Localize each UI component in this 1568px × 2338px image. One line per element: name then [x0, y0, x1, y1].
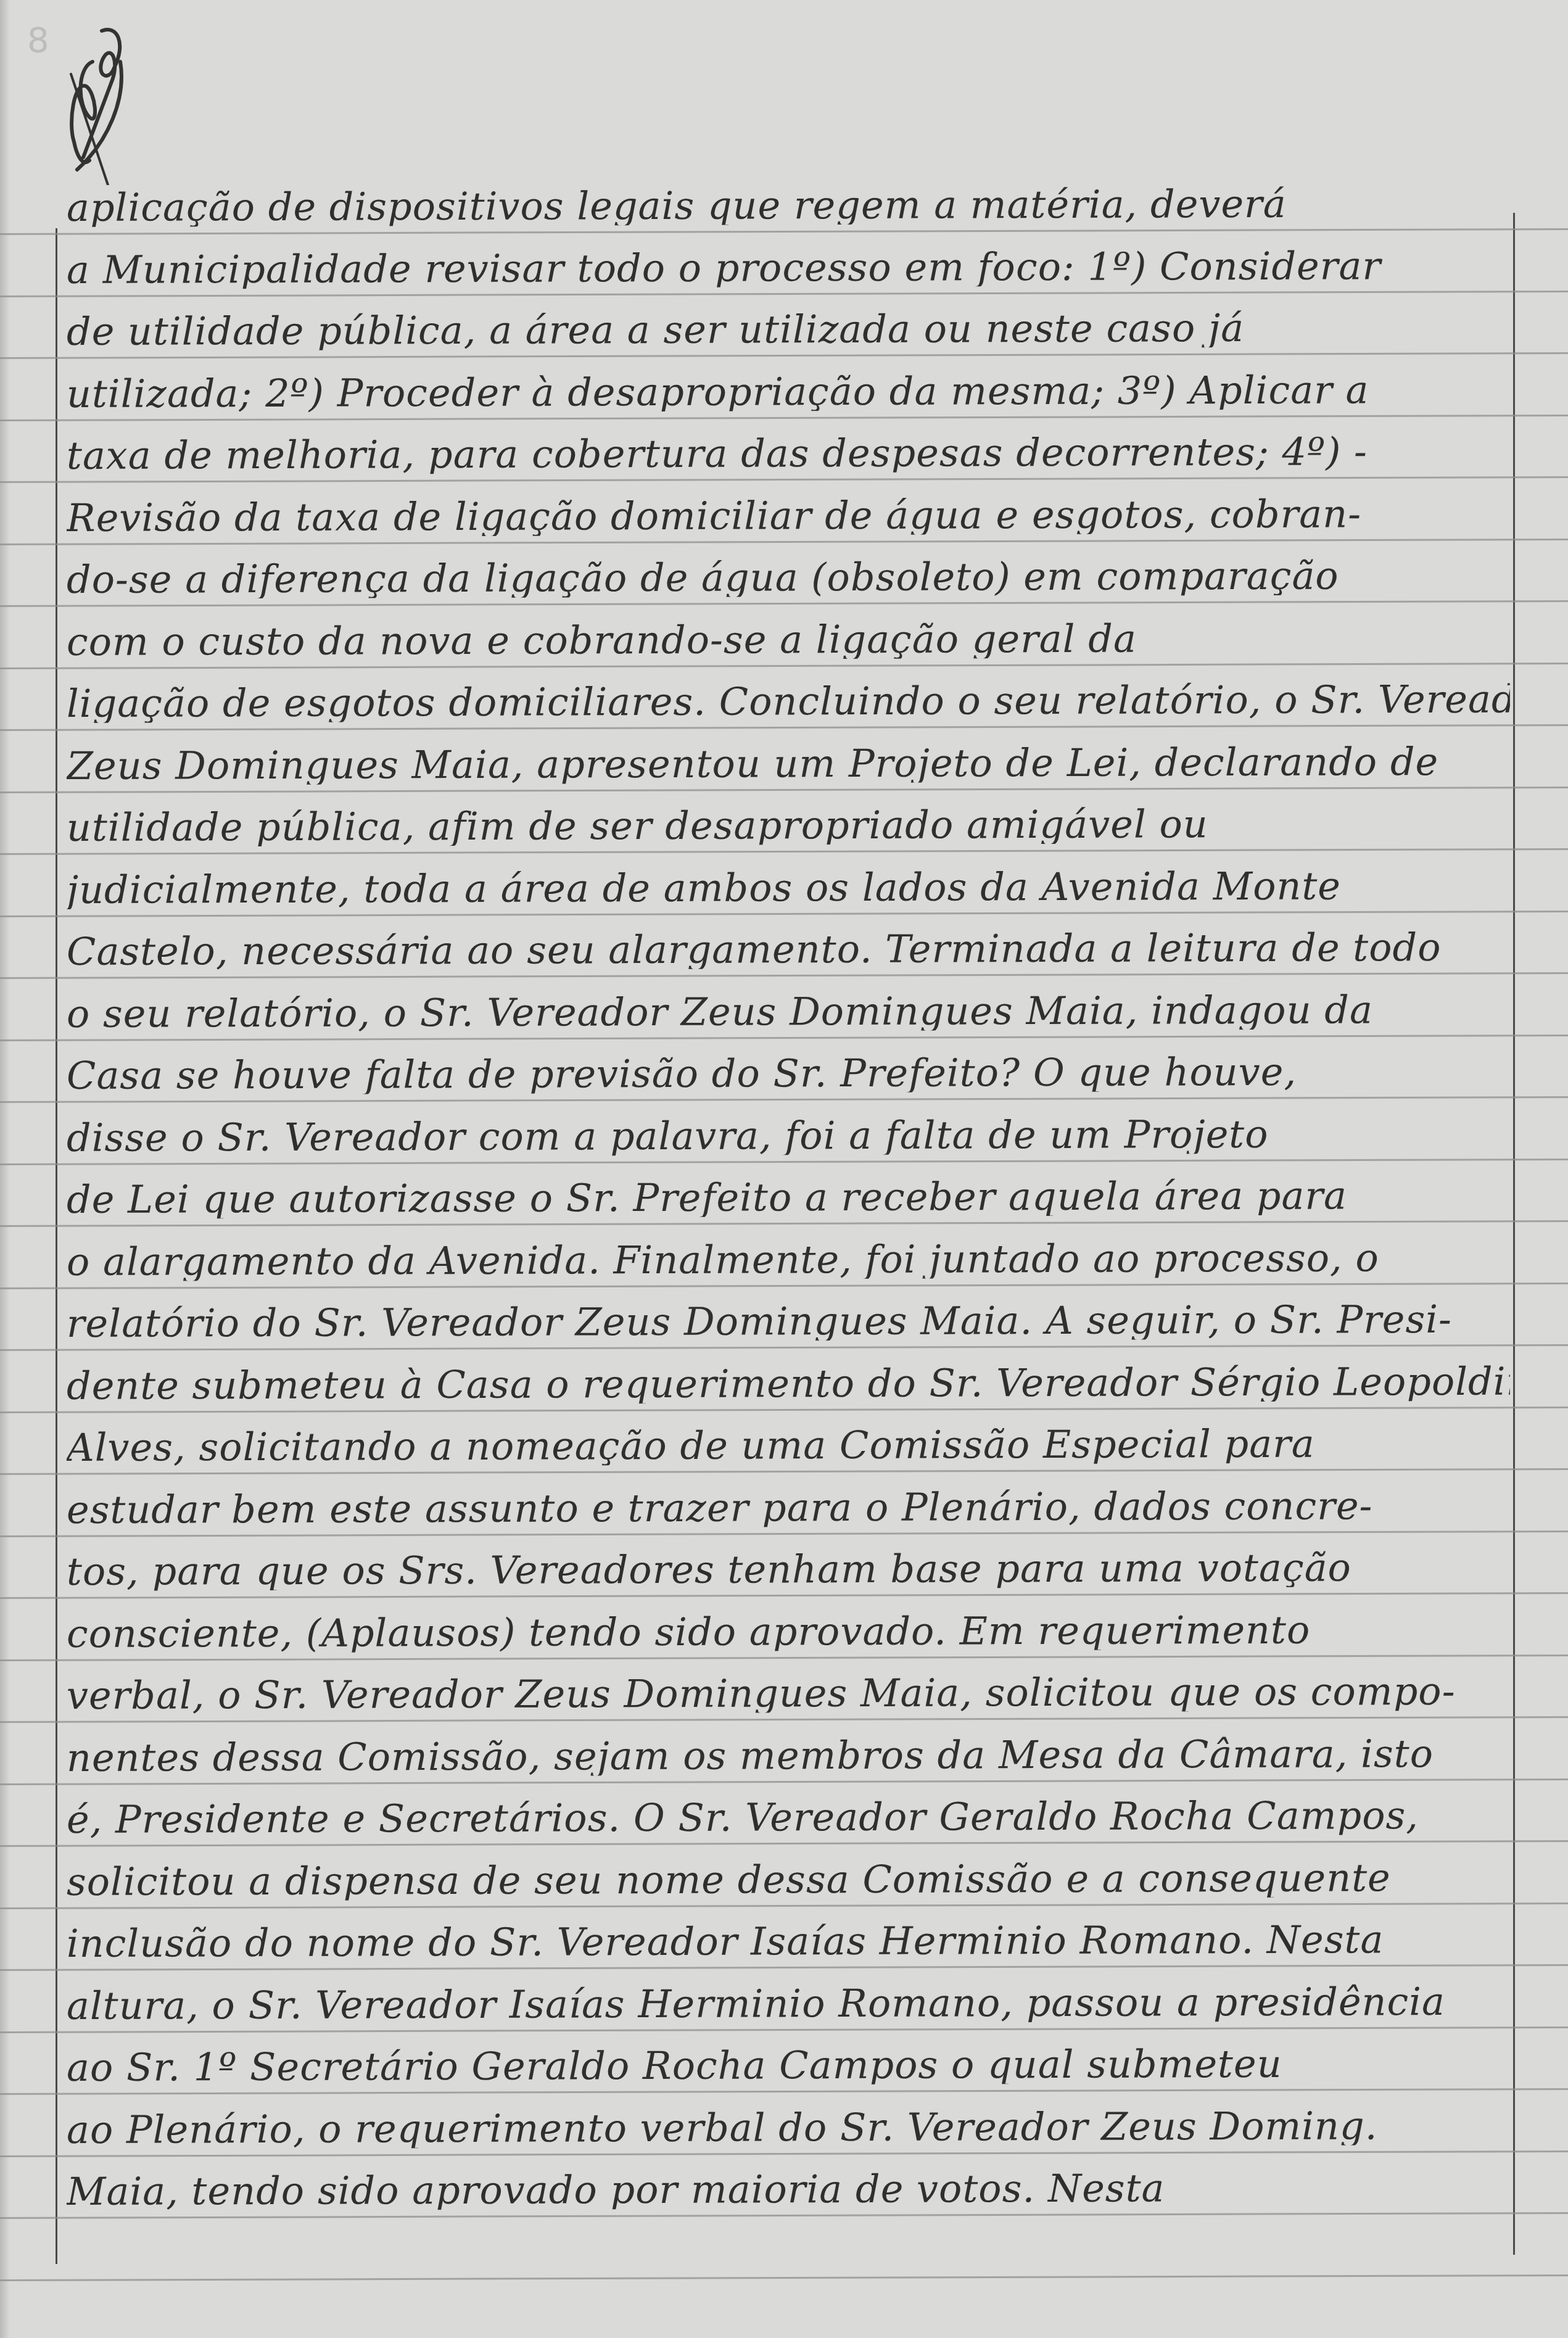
ruled-line: [0, 1654, 1568, 1661]
text-line: solicitou a dispensa de seu nome dessa C…: [67, 1858, 1510, 1901]
text-line: Casa se houve falta de previsão do Sr. P…: [67, 1052, 1510, 1095]
text-line: taxa de melhoria, para cobertura das des…: [67, 432, 1510, 475]
text-line: dente submeteu à Casa o requerimento do …: [67, 1362, 1510, 1405]
ruled-line: [0, 2026, 1568, 2033]
ruled-line: [0, 1902, 1568, 1909]
text-line: nentes dessa Comissão, sejam os membros …: [67, 1734, 1510, 1777]
ruled-line: [0, 539, 1568, 545]
text-line: estudar bem este assunto e trazer para o…: [67, 1486, 1510, 1529]
text-line: Zeus Domingues Maia, apresentou um Proje…: [67, 742, 1510, 785]
ruled-line: [0, 848, 1568, 855]
text-line: é, Presidente e Secretários. O Sr. Verea…: [67, 1796, 1510, 1839]
ruled-line: [0, 1407, 1568, 1413]
ruled-line: [0, 787, 1568, 793]
page-number-stamp: 8: [27, 23, 49, 58]
ruled-line: [0, 228, 1568, 235]
text-line: inclusão do nome do Sr. Vereador Isaías …: [67, 1920, 1510, 1963]
ruled-line: [0, 1096, 1568, 1103]
text-line: a Municipalidade revisar todo o processo…: [67, 246, 1510, 289]
text-line: relatório do Sr. Vereador Zeus Domingues…: [67, 1300, 1510, 1343]
ruled-line: [0, 1716, 1568, 1723]
ruled-line: [0, 1840, 1568, 1847]
ruled-line: [0, 1220, 1568, 1227]
text-line: aplicação de dispositivos legais que reg…: [67, 184, 1510, 227]
text-line: consciente, (Aplausos) tendo sido aprova…: [67, 1610, 1510, 1653]
text-line: tos, para que os Srs. Vereadores tenham …: [67, 1548, 1510, 1591]
text-line: utilidade pública, afim de ser desapropr…: [67, 804, 1510, 847]
ruled-line: [0, 724, 1568, 731]
text-line: de Lei que autorizasse o Sr. Prefeito a …: [67, 1176, 1510, 1219]
text-line: de utilidade pública, a área a ser utili…: [67, 308, 1510, 351]
ruled-line: [0, 1035, 1568, 1041]
text-line: Revisão da taxa de ligação domiciliar de…: [67, 494, 1510, 537]
text-line: do-se a diferença da ligação de água (ob…: [67, 556, 1510, 599]
text-line: Alves, solicitando a nomeação de uma Com…: [67, 1424, 1510, 1467]
text-line: ao Plenário, o requerimento verbal do Sr…: [67, 2106, 1510, 2149]
ruled-line: [0, 2212, 1568, 2219]
ruled-line: [0, 1159, 1568, 1165]
ruled-line: [0, 1964, 1568, 1971]
text-line: utilizada; 2º) Proceder à desapropriação…: [67, 370, 1510, 413]
ruled-line: [0, 352, 1568, 359]
ruled-line: [0, 663, 1568, 669]
text-line: ao Sr. 1º Secretário Geraldo Rocha Campo…: [67, 2044, 1510, 2087]
text-line: com o custo da nova e cobrando-se a liga…: [67, 618, 1510, 661]
right-margin-rule: [1513, 213, 1515, 2255]
ruled-line: [0, 911, 1568, 917]
ruled-line: [0, 2088, 1568, 2095]
document-page: 8 aplicação de dispositivos legais que r…: [0, 0, 1568, 2338]
text-line: judicialmente, toda a área de ambos os l…: [67, 866, 1510, 909]
ruled-line: [0, 2274, 1568, 2281]
ruled-line: [0, 972, 1568, 979]
ruled-line: [0, 1283, 1568, 1289]
text-line: altura, o Sr. Vereador Isaías Herminio R…: [67, 1982, 1510, 2025]
ruled-line: [0, 1468, 1568, 1475]
text-line: Castelo, necessária ao seu alargamento. …: [67, 928, 1510, 971]
text-line: o seu relatório, o Sr. Vereador Zeus Dom…: [67, 990, 1510, 1033]
ruled-line: [0, 291, 1568, 297]
signature-rubric-icon: [59, 25, 133, 185]
page-binding-edge: [0, 0, 9, 2338]
ruled-line: [0, 1344, 1568, 1351]
text-line: ligação de esgotos domiciliares. Conclui…: [67, 680, 1510, 723]
ruled-line: [0, 415, 1568, 421]
ruled-line: [0, 1592, 1568, 1599]
text-line: o alargamento da Avenida. Finalmente, fo…: [67, 1238, 1510, 1281]
text-line: disse o Sr. Vereador com a palavra, foi …: [67, 1114, 1510, 1157]
text-line: verbal, o Sr. Vereador Zeus Domingues Ma…: [67, 1672, 1510, 1715]
left-margin-rule: [56, 228, 57, 2264]
ruled-line: [0, 2150, 1568, 2157]
ruled-line: [0, 1530, 1568, 1537]
ruled-line: [0, 1778, 1568, 1785]
ruled-line: [0, 476, 1568, 483]
ruled-line: [0, 600, 1568, 607]
text-line: Maia, tendo sido aprovado por maioria de…: [67, 2168, 1510, 2211]
